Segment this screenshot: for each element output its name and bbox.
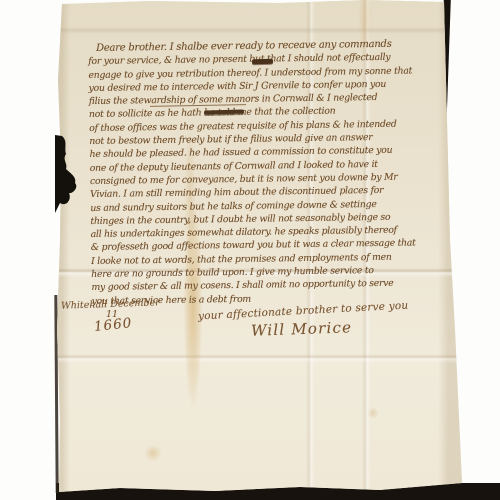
- signature: Will Morice: [251, 318, 353, 340]
- letter-body: Deare brother. I shalbe ever ready to re…: [88, 37, 452, 308]
- letter-photograph: Deare brother. I shalbe ever ready to re…: [0, 0, 500, 500]
- wax-seal-remnant: [55, 133, 83, 217]
- ink-strikeout: [252, 59, 273, 64]
